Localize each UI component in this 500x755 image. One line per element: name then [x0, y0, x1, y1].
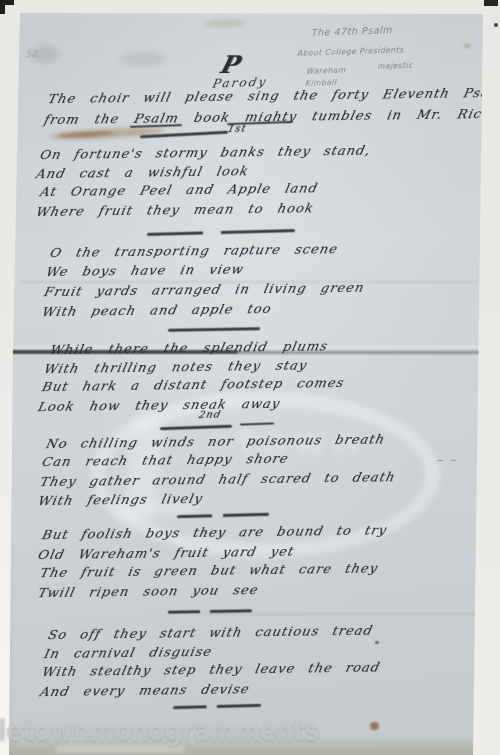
corner-artifact-top-right — [484, 0, 498, 6]
handwriting-line: And cast a wishful look — [34, 164, 250, 182]
handwriting-line: 2nd — [197, 410, 222, 421]
handwriting-line: Twill ripen soon you see — [36, 583, 260, 601]
bottom-watermark-text: letownmonogramments — [0, 714, 319, 747]
stain-spot — [50, 126, 165, 141]
handwriting-line: Where fruit they mean to hook — [34, 201, 315, 220]
handwriting-line: With thrilling notes they stay — [42, 358, 308, 377]
handwriting-line: Fruit yards arranged in living green — [42, 281, 366, 300]
pencil-annotation: 52 — [25, 50, 38, 60]
handwriting-line: And every means devise — [38, 682, 251, 700]
stain-spot — [205, 18, 247, 27]
handwriting-line: 1st — [226, 124, 247, 135]
handwriting-line: With stealthy step they leave the road — [40, 660, 381, 680]
stanza-divider-flourish — [173, 704, 261, 709]
handwriting-line: The fruit is green but what care they — [38, 561, 379, 581]
stanza-divider-flourish — [140, 131, 228, 138]
pencil-annotation: About College Presidents — [297, 45, 404, 58]
pencil-annotation: Kimball — [305, 78, 337, 88]
handwriting-line: But hark a distant footstep comes — [40, 376, 345, 395]
stain-spot — [375, 641, 379, 644]
handwriting-line: With feelings lively — [36, 492, 204, 509]
corner-artifact-right-dot — [494, 23, 498, 27]
corner-artifact-top-left-v — [0, 0, 5, 14]
handwriting-line: So off they start with cautious tread — [46, 623, 374, 643]
handwriting-line: We boys have in view — [44, 262, 245, 280]
handwriting-line: The choir will please sing the forty Ele… — [46, 86, 500, 107]
stanza-divider-flourish — [130, 124, 182, 128]
stanza-divider-flourish — [168, 327, 260, 331]
pencil-annotation: The 47th Psalm — [311, 25, 393, 39]
stanza-divider-flourish — [147, 229, 295, 236]
stain-spot — [58, 131, 113, 139]
handwriting-line: On fortune's stormy banks they stand, — [38, 143, 372, 163]
handwriting-line: Old Wareham's fruit yard yet — [36, 544, 295, 563]
stanza-divider-flourish — [168, 609, 252, 613]
pencil-annotation: majestic — [377, 61, 413, 71]
handwriting-line: At Orange Peel and Apple land — [38, 181, 319, 200]
handwriting-line: ~ ~ — [436, 456, 459, 465]
bottom-watermark-smudge — [55, 746, 185, 753]
handwriting-line: In carnival disguise — [42, 645, 213, 662]
manuscript-photo: town P Parody The choir will please sing… — [0, 0, 500, 755]
stain-spot — [120, 52, 166, 66]
pencil-annotation: Wareham — [306, 66, 346, 76]
fold-crease-lower — [200, 613, 482, 615]
corner-artifact-top-left-h — [0, 0, 14, 5]
stain-spot — [370, 722, 379, 730]
manuscript-paper: town P Parody The choir will please sing… — [0, 0, 500, 755]
handwriting-line: With peach and apple too — [40, 302, 273, 320]
handwriting-line: O the transporting rapture scene — [48, 242, 339, 261]
handwriting-line: While there the splendid plums — [48, 339, 329, 358]
stain-spot — [464, 44, 470, 48]
title-initial-flourish: P — [218, 50, 244, 79]
handwriting-line: from the Psalm book mighty tumbles in Mr… — [42, 107, 492, 128]
